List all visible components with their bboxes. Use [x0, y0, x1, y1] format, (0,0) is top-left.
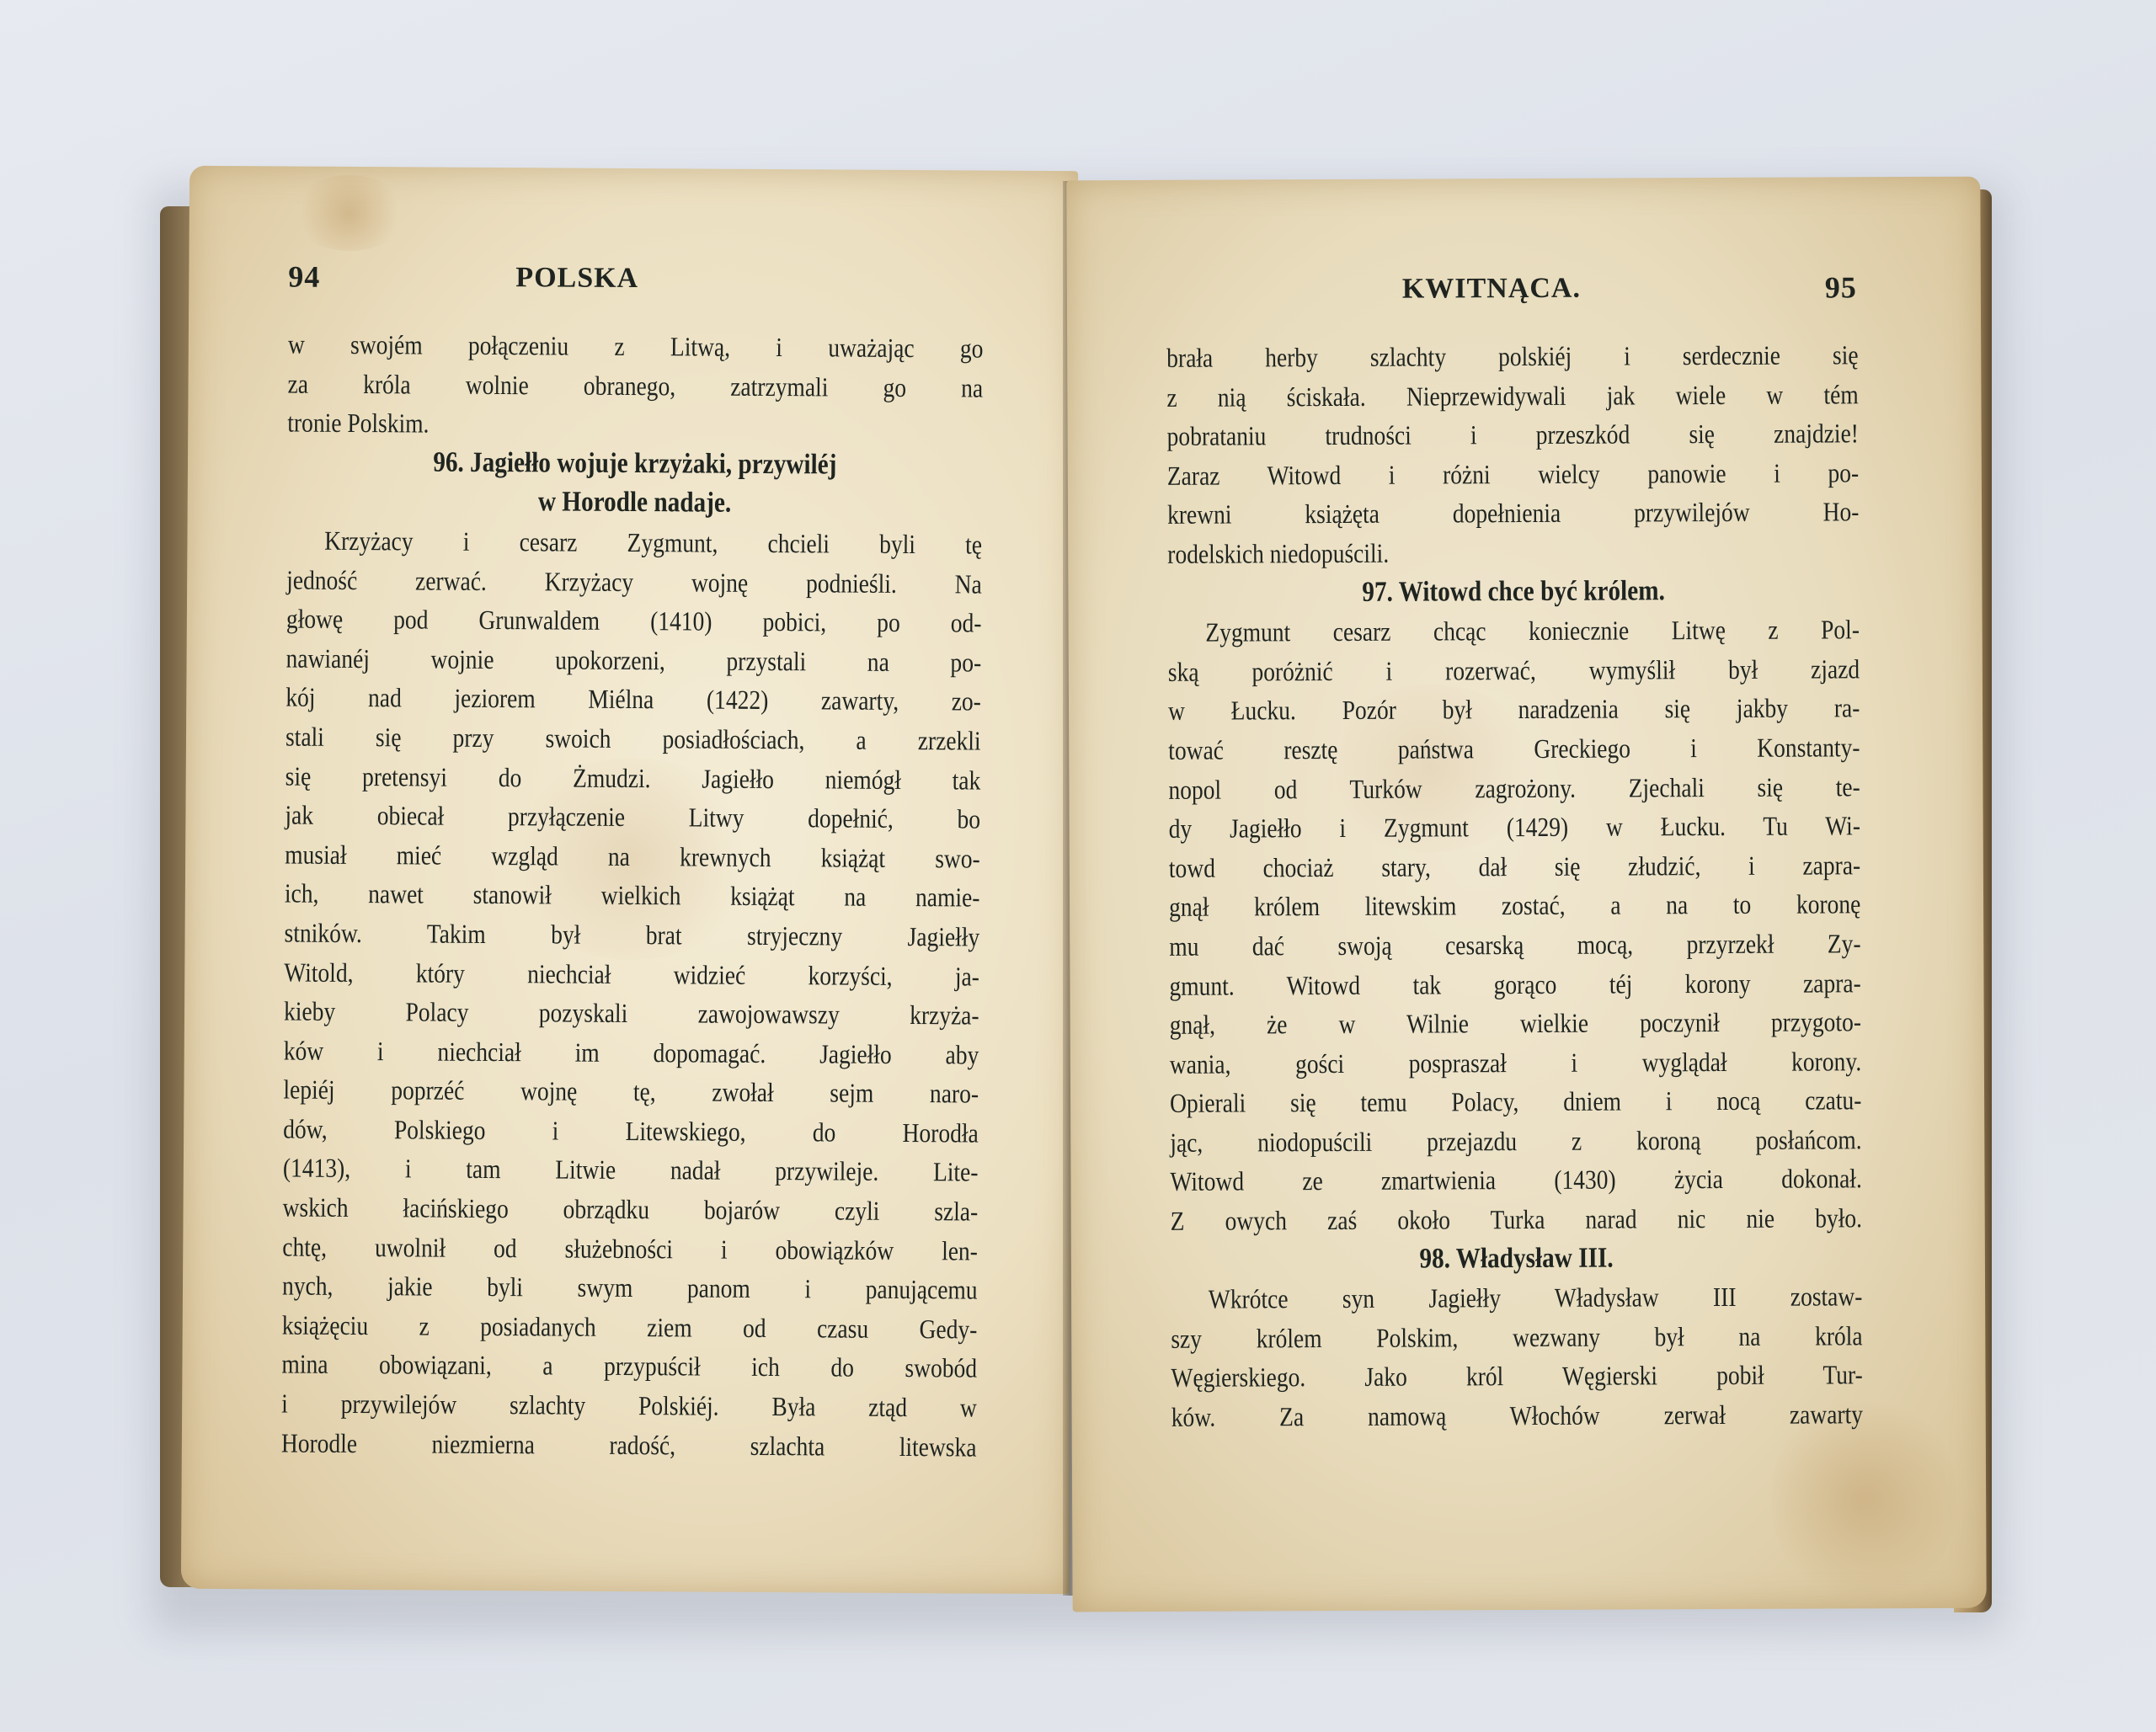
text-line: dy Jagiełło i Zygmunt (1429) w Łucku. Tu…	[1169, 806, 1860, 848]
text-line: nawianéj wojnie upokorzeni, przystali na…	[286, 638, 981, 682]
right-page-header: KWITNĄCA. 95	[1166, 269, 1857, 310]
text-line: nych, jakie byli swym panom i panującemu	[282, 1266, 978, 1310]
right-page: KWITNĄCA. 95 brała herby szlachty polski…	[1066, 177, 1986, 1612]
text-line: ków i niechciał im dopomagać. Jagiełło a…	[284, 1031, 979, 1074]
text-line: krewni książęta dopełnienia przywilejów …	[1167, 493, 1859, 535]
text-line: rodelskich niedopuścili.	[1167, 531, 1859, 573]
text-line: wania, gości pospraszał i wyglądał koron…	[1170, 1042, 1861, 1084]
text-line: Wkrótce syn Jagiełły Władysław III zosta…	[1171, 1277, 1862, 1319]
text-line: gnął, że w Wilnie wielkie poczynił przyg…	[1170, 1002, 1861, 1044]
text-line: i przywilejów szlachty Polskiéj. Była zt…	[281, 1384, 977, 1428]
text-line: nopol od Turków zagrożony. Zjechali się …	[1168, 767, 1860, 809]
text-line: (1413), i tam Litwie nadał przywileje. L…	[283, 1148, 979, 1192]
text-line: gmunt. Witowd tak gorąco téj korony zapr…	[1169, 963, 1860, 1005]
text-line: książęciu z posiadanych ziem od czasu Ge…	[282, 1305, 978, 1349]
page-number: 94	[288, 259, 320, 295]
text-line: gnął królem litewskim zostać, a na to ko…	[1169, 885, 1860, 927]
text-line: Węgierskiego. Jako król Węgierski pobił …	[1171, 1356, 1862, 1398]
section-heading: 96. Jagiełło wojuje krzyżaki, przywiléj	[287, 442, 983, 486]
section-heading: w Horodle nadaje.	[287, 482, 983, 525]
text-line: dów, Polskiego i Litewskiego, do Horodła	[283, 1109, 979, 1153]
text-line: stników. Takim był brat stryjeczny Jagie…	[284, 913, 979, 957]
text-line: mina obowiązani, a przypuścił ich do swo…	[281, 1345, 977, 1388]
left-page: 94 POLSKA w swojém połączeniu z Litwą, i…	[181, 166, 1078, 1594]
text-line: w swojém połączeniu z Litwą, i uważając …	[288, 325, 984, 369]
text-line: jedność zerwać. Krzyżacy wojnę podnieśli…	[286, 560, 982, 604]
text-line: Zygmunt cesarz chcąc koniecznie Litwę z …	[1168, 610, 1860, 652]
text-line: towd chociaż stary, dał się złudzić, i z…	[1169, 845, 1860, 887]
text-line: chtę, uwolnił od służebności i obowiązkó…	[282, 1227, 978, 1271]
text-line: ich, nawet stanowił wielkich książąt na …	[285, 874, 980, 918]
section-heading: 98. Władysław III.	[1171, 1238, 1862, 1280]
text-line: Horodle niezmierna radość, szlachta lite…	[281, 1423, 977, 1467]
text-line: wskich łacińskiego obrządku bojarów czyl…	[282, 1188, 978, 1232]
section-heading: 97. Witowd chce być królem.	[1167, 571, 1859, 613]
text-line: jak obiecał przyłączenie Litwy dopełnić,…	[285, 796, 980, 839]
text-line: ków. Za namową Włochów zerwał zawarty	[1171, 1394, 1863, 1436]
page-number: 95	[1825, 269, 1857, 305]
text-line: w Łucku. Pozór był naradzenia się jakby …	[1168, 689, 1860, 731]
text-line: tronie Polskim.	[287, 403, 983, 447]
text-line: z nią ściskała. Nieprzewidywali jak wiel…	[1166, 375, 1858, 417]
text-line: za króla wolnie obranego, zatrzymali go …	[287, 364, 983, 408]
text-line: pobrataniu trudności i przeszkód się zna…	[1167, 413, 1859, 456]
text-line: Z owych zaś około Turka narad nic nie by…	[1171, 1198, 1862, 1240]
left-page-header: 94 POLSKA	[288, 259, 983, 301]
left-page-content: 94 POLSKA w swojém połączeniu z Litwą, i…	[280, 167, 984, 1594]
text-line: stali się przy swoich posiadłościach, a …	[286, 717, 981, 760]
left-page-body: w swojém połączeniu z Litwą, i uważając …	[281, 325, 984, 1467]
text-line: Witold, który niechciał widzieć korzyści…	[284, 952, 979, 996]
text-line: Opierali się temu Polacy, dniem i nocą c…	[1170, 1081, 1861, 1123]
text-line: szy królem Polskim, wezwany był na króla	[1171, 1316, 1862, 1358]
text-line: głowę pod Grunwaldem (1410) pobici, po o…	[286, 600, 982, 643]
text-line: tować resztę państwa Greckiego i Konstan…	[1168, 727, 1860, 770]
text-line: ską poróżnić i rozerwać, wymyślił był zj…	[1168, 649, 1860, 691]
text-line: się pretensyi do Żmudzi. Jagiełło niemóg…	[286, 756, 981, 800]
text-line: Witowd ze zmartwienia (1430) życia dokon…	[1170, 1159, 1861, 1202]
running-head: POLSKA	[515, 262, 638, 295]
text-line: Zaraz Witowd i różni wielcy panowie i po…	[1167, 453, 1859, 495]
text-line: Krzyżacy i cesarz Zygmunt, chcieli byli …	[286, 520, 982, 564]
right-page-content: KWITNĄCA. 95 brała herby szlachty polski…	[1166, 177, 1862, 1612]
text-line: musiał mieć wzgląd na krewnych książąt s…	[285, 834, 980, 878]
text-line: mu dać swoją cesarską mocą, przyrzekł Zy…	[1169, 924, 1860, 966]
text-line: jąc, niodopuścili przejazdu z koroną pos…	[1170, 1120, 1861, 1162]
text-line: kieby Polacy pozyskali zawojowawszy krzy…	[284, 992, 979, 1036]
running-head: KWITNĄCA.	[1402, 273, 1581, 306]
text-line: brała herby szlachty polskiéj i serdeczn…	[1166, 335, 1858, 377]
right-page-body: brała herby szlachty polskiéj i serdeczn…	[1166, 335, 1863, 1436]
text-line: lepiéj poprzéć wojnę tę, zwołał sejm nar…	[283, 1070, 979, 1114]
text-line: kój nad jeziorem Miélna (1422) zawarty, …	[286, 678, 981, 722]
